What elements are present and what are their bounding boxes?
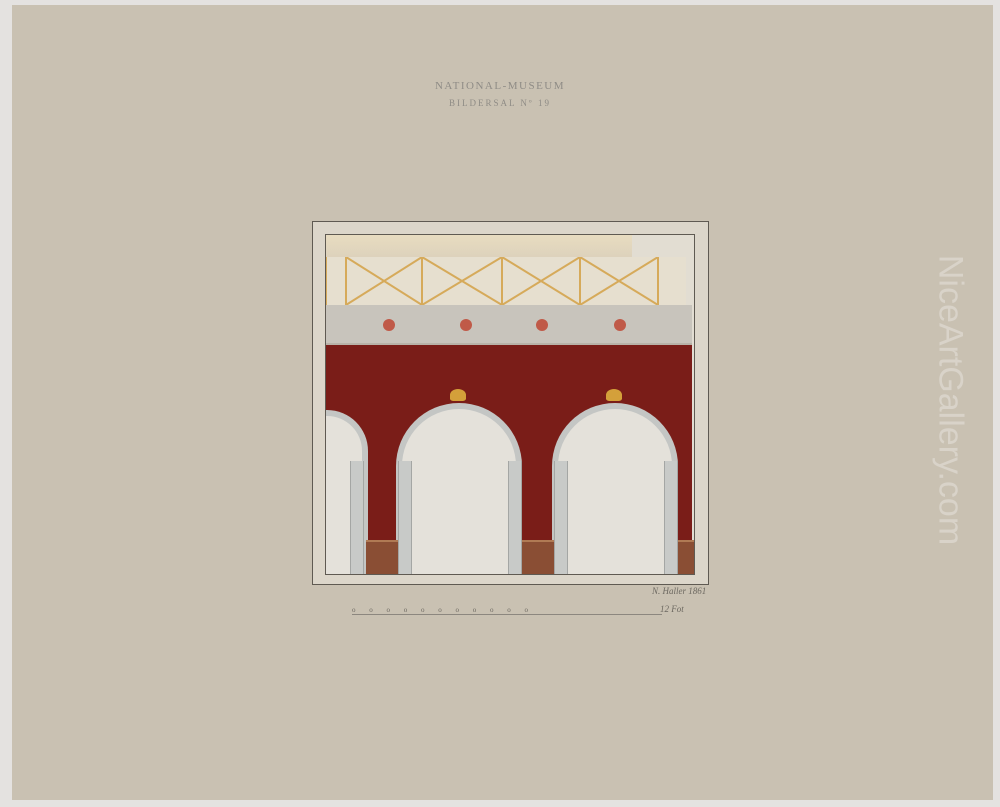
column [664,461,678,574]
medallion-icon [460,319,472,331]
arch-right [552,403,678,575]
wainscot-panel [678,540,694,574]
coffered-ceiling [326,257,686,307]
frieze [326,305,692,345]
scale-bar [352,614,662,615]
watermark-text: NiceArtGallery.com [931,255,970,545]
column [508,461,522,574]
wainscot-panel [522,540,554,574]
arch-center [396,403,522,575]
wainscot-panel [366,540,398,574]
cornice [326,235,632,258]
medallion-icon [614,319,626,331]
column [350,461,364,574]
drawing-subtitle: BILDERSAL Nº 19 [0,98,1000,108]
column [398,461,412,574]
ceiling-lattice-icon [326,257,686,305]
scale-label: 12 Fot [660,604,684,614]
medallion-icon [536,319,548,331]
watermark: NiceArtGallery.com [930,240,970,560]
keystone-ornament-icon [606,389,622,401]
keystone-ornament-icon [450,389,466,401]
elevation-drawing [325,234,695,575]
drawing-title: NATIONAL-MUSEUM [0,80,1000,92]
column [554,461,568,574]
scale-ticks: o o o o o o o o o o o [352,606,534,614]
artist-signature: N. Haller 1861 [652,586,706,596]
medallion-icon [383,319,395,331]
